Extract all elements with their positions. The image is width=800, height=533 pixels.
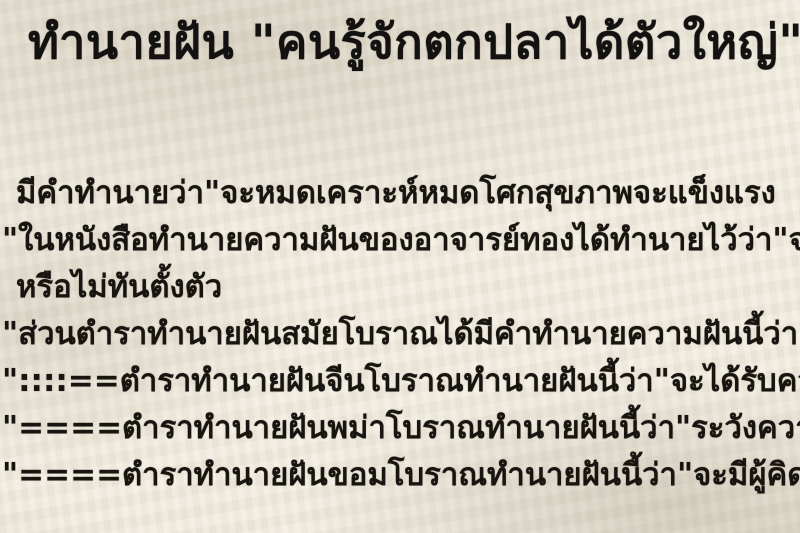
prediction-line: "::::==ตำราทำนายฝันจีนโบราณทำนายฝันนี้ว่… <box>0 358 800 405</box>
prediction-line: "====ตำราทำนายฝันขอมโบราณทำนายฝันนี้ว่า"… <box>0 452 800 499</box>
prediction-line: หรือไม่ทันตั้งตัว <box>0 264 800 311</box>
prediction-line: มีคำทำนายว่า"จะหมดเคราะห์หมดโศกสุขภาพจะแ… <box>0 170 800 217</box>
prediction-line: "ในหนังสือทำนายความฝันของอาจารย์ทองได้ทำ… <box>0 217 800 264</box>
prediction-text-block: มีคำทำนายว่า"จะหมดเคราะห์หมดโศกสุขภาพจะแ… <box>0 170 800 499</box>
prediction-line: "ส่วนตำราทำนายฝันสมัยโบราณได้มีคำทำนายคว… <box>0 311 800 358</box>
page-content: ทำนายฝัน "คนรู้จักตกปลาได้ตัวใหญ่" มีคำท… <box>0 0 800 533</box>
prediction-line: "====ตำราทำนายฝันพม่าโบราณทำนายฝันนี้ว่า… <box>0 405 800 452</box>
page-title: ทำนายฝัน "คนรู้จักตกปลาได้ตัวใหญ่" <box>28 8 800 78</box>
